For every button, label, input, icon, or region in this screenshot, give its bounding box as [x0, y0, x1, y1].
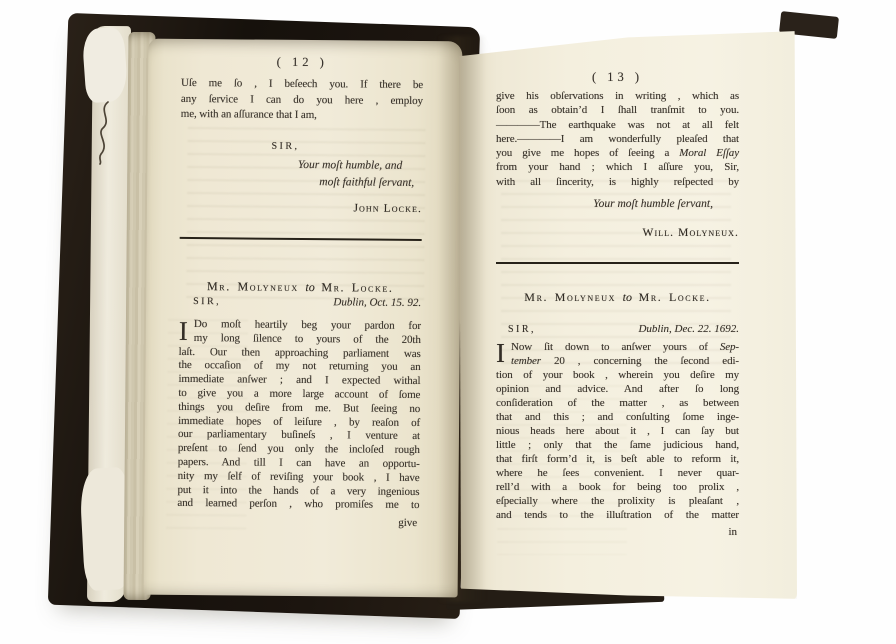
text-line: that and this ; and conſulting ſome inge… [496, 410, 739, 424]
heading-name: Mr. Molyneux [524, 290, 622, 304]
text-line: that firſt form’d it, is beſt able to re… [496, 452, 739, 466]
italic-word: Sep- [720, 341, 739, 353]
text-line: little ; only that the ſame judicious ha… [496, 438, 739, 452]
text-line: rell’d with a book for being too prolix … [496, 480, 739, 494]
valediction-line: Your moſt humble, and [180, 158, 402, 172]
text-line: me, with an aſſurance that I am, [181, 107, 423, 125]
text-line: give his obſervations in writing , which… [496, 89, 739, 103]
heading-name: Mr. Locke. [315, 280, 394, 295]
heading-to: to [623, 290, 632, 304]
valediction-line: moſt faithful ſervant, [180, 175, 414, 189]
text-line: here.————I am wonderfully pleaſed that [496, 132, 739, 146]
section-rule [180, 237, 422, 241]
catchword: in [728, 526, 737, 538]
text-line: and tends to the illuſtration of the mat… [496, 508, 739, 522]
catchword: give [398, 517, 417, 529]
text-line: opinion and advice. And after ſo long [496, 382, 739, 396]
left-page: ( 12 ) Uſe me ſo , I beſeech you. If the… [144, 39, 463, 598]
text-line: nity my ſelf of reviſing your book , I h… [178, 470, 420, 486]
text-line: things you deſire from me. But ſeeing no [178, 401, 420, 417]
text-line: and learned perſon , who promiſes me to [177, 497, 419, 513]
text-segment: Now ſit down to anſwer yours of [511, 341, 720, 353]
salutation: SIR, [271, 141, 422, 153]
text-segment: you give me hopes of ſeeing a [496, 147, 679, 159]
page-number-right: ( 13 ) [496, 70, 739, 85]
italic-title: Moral Eſſay [679, 147, 739, 159]
dateline: Dublin, Oct. 15. 92. [221, 295, 421, 309]
text-line: Now ſit down to anſwer yours of Sep- [496, 340, 739, 354]
binding-thread-mark [94, 100, 118, 166]
photo-scene: ( 12 ) Uſe me ſo , I beſeech you. If the… [0, 0, 896, 644]
heading-name: Mr. Locke. [632, 290, 711, 304]
letter-close-paragraph: give his obſervations in writing , which… [496, 89, 739, 189]
text-line: tion of your book , wherein you deſire m… [496, 368, 739, 382]
section-rule [496, 262, 739, 264]
text-line: you give me hopes of ſeeing a Moral Eſſa… [496, 146, 739, 160]
torn-paper-top [81, 27, 128, 104]
text-line: with all ſincerity, is highly reſpected … [496, 175, 739, 189]
letter-body-paragraph: I Now ſit down to anſwer yours of Sep- t… [496, 340, 739, 522]
letter-close-paragraph: Uſe me ſo , I beſeech you. If there be a… [181, 76, 423, 125]
valediction-line: Your moſt humble ſervant, [496, 198, 713, 210]
right-page: ( 13 ) give his obſervations in writing … [459, 30, 797, 600]
text-line: eſpecially where the prolixity is pleaſa… [496, 494, 739, 508]
text-line: from your hand ; which I aſſure you, Sir… [496, 160, 739, 174]
dateline-row: SIR, Dublin, Oct. 15. 92. [179, 295, 421, 309]
signature: John Locke. [180, 201, 422, 215]
left-page-text-column: ( 12 ) Uſe me ſo , I beſeech you. If the… [177, 54, 423, 536]
salutation: SIR, [496, 324, 536, 335]
letter-heading: Mr. Molyneux to Mr. Locke. [179, 279, 421, 296]
right-page-text-column: ( 13 ) give his obſervations in writing … [496, 70, 739, 550]
signature: Will. Molyneux. [496, 227, 739, 239]
text-line: ſoon as obtain’d I ſhall tranſmit to you… [496, 103, 739, 117]
text-line: tember 20 , concerning the ſecond edi- [496, 354, 739, 368]
drop-cap: I [496, 340, 511, 366]
text-line: conſideration of the matter , as between [496, 396, 739, 410]
text-line: ————The earthquake was not at all felt [496, 118, 739, 132]
text-line: nious heads here about it , I can ſay bu… [496, 424, 739, 438]
text-line: Uſe me ſo , I beſeech you. If there be [181, 76, 423, 94]
letter-heading: Mr. Molyneux to Mr. Locke. [496, 290, 739, 305]
text-line: where he ſees convenient. I never quar- [496, 466, 739, 480]
heading-name: Mr. Molyneux [207, 279, 305, 294]
dateline-row: SIR, Dublin, Dec. 22. 1692. [496, 323, 739, 335]
salutation: SIR, [179, 296, 221, 307]
dateline: Dublin, Dec. 22. 1692. [536, 323, 739, 335]
drop-cap: I [179, 318, 194, 344]
page-number-left: ( 12 ) [181, 54, 423, 71]
letter-body-paragraph: I Do moſt heartily beg your pardon for m… [177, 318, 421, 513]
italic-word: tember [511, 355, 541, 367]
text-segment: 20 , concerning the ſecond edi- [541, 355, 739, 367]
